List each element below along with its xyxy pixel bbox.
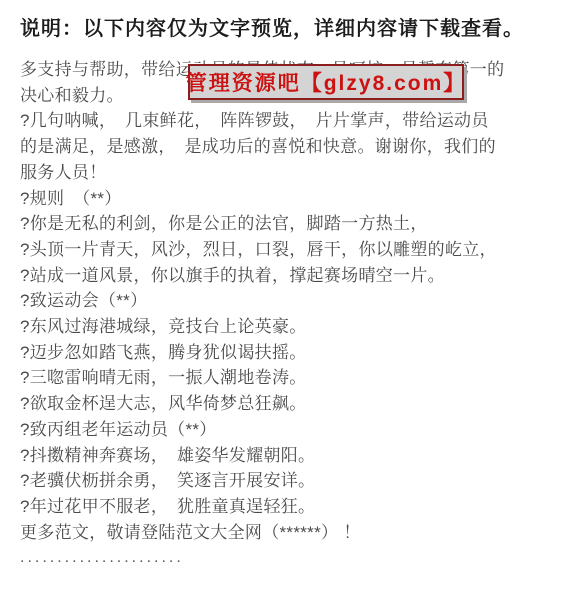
preview-notice: 说明：以下内容仅为文字预览，详细内容请下载查看。 (20, 12, 524, 41)
text-line: 更多范文，敬请登陆范文大全网（******） ！ (20, 520, 504, 546)
text-line: ?你是无私的利剑，你是公正的法官，脚踏一方热土， (20, 211, 504, 237)
text-line: ?三唿雷响晴无雨，一振人潮地卷涛。 (20, 365, 504, 391)
text-line: ?东风过海港城绿，竞技台上论英豪。 (20, 314, 504, 340)
text-line: ?几句呐喊， 几束鲜花， 阵阵锣鼓， 片片掌声，带给运动员 (20, 108, 504, 134)
text-line: ?站成一道风景，你以旗手的执着，撑起赛场晴空一片。 (20, 263, 504, 289)
watermark-text: 管理资源吧【glzy8.com】 (186, 67, 467, 97)
text-line: ?规则 （**） (20, 186, 504, 212)
text-line: 服务人员！ (20, 160, 504, 186)
text-line: ?迈步忽如踏飞燕，腾身犹似谒扶摇。 (20, 340, 504, 366)
text-line: 的是满足，是感激， 是成功后的喜悦和快意。谢谢你，我们的 (20, 134, 504, 160)
text-line: ...................... (20, 545, 504, 571)
text-line: ?致丙组老年运动员（**） (20, 417, 504, 443)
text-line: ?年过花甲不服老， 犹胜童真逞轻狂。 (20, 494, 504, 520)
text-line: ?头顶一片青天，风沙，烈日，口裂，唇干，你以雕塑的屹立， (20, 237, 504, 263)
document-content: 多支持与帮助，带给运动员的最佳状态、是呵护、是誓夺第一的决心和毅力。?几句呐喊，… (20, 57, 504, 571)
watermark-box[interactable]: 管理资源吧【glzy8.com】 (188, 64, 464, 100)
text-line: ?致运动会（**） (20, 288, 504, 314)
preview-page: 说明：以下内容仅为文字预览，详细内容请下载查看。 多支持与帮助，带给运动员的最佳… (0, 0, 578, 600)
text-line: ?老骥伏枥拼余勇， 笑逐言开展安详。 (20, 468, 504, 494)
text-line: ?欲取金杯逞大志，风华倚梦总狂飙。 (20, 391, 504, 417)
text-line: ?抖擞精神奔赛场， 雄姿华发耀朝阳。 (20, 443, 504, 469)
